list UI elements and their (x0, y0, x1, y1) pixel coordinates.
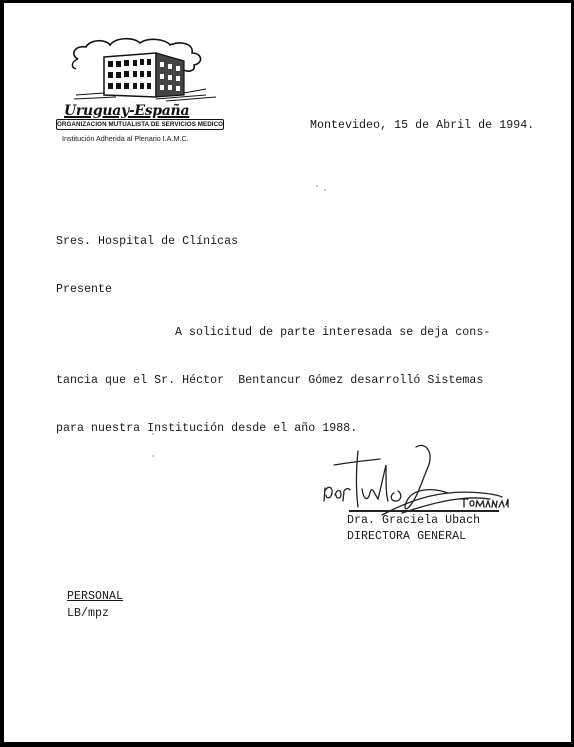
letter-page: Uruguay-España ORGANIZACION MUTUALISTA D… (4, 3, 571, 742)
scan-speck (316, 185, 318, 187)
organization-script-logo: Uruguay-España (64, 103, 189, 119)
scan-speck (152, 433, 154, 435)
letterhead-logo: Uruguay-España ORGANIZACION MUTUALISTA D… (56, 37, 224, 147)
hospital-building-icon (56, 37, 224, 103)
personal-marking: PERSONAL (67, 589, 123, 605)
organization-band: ORGANIZACION MUTUALISTA DE SERVICIOS MED… (56, 119, 224, 130)
body-line-3: para nuestra Institución desde el año 19… (56, 421, 490, 437)
scan-speck (324, 189, 326, 191)
scan-speck (152, 455, 154, 457)
body-line-2: tancia que el Sr. Héctor Bentancur Gómez… (56, 373, 490, 389)
date-line: Montevideo, 15 de Abril de 1994. (310, 118, 534, 134)
body-line-1: A solicitud de parte interesada se deja … (56, 325, 490, 341)
signature-line (349, 510, 499, 512)
signatory-name: Dra. Graciela Ubach (347, 513, 480, 529)
signatory-title: DIRECTORA GENERAL (347, 529, 466, 545)
reference-initials: LB/mpz (67, 606, 109, 622)
affiliation-text: Institución Adherida al Plenario I.A.M.C… (62, 134, 189, 143)
recipient-name: Sres. Hospital de Clínicas (56, 234, 238, 250)
